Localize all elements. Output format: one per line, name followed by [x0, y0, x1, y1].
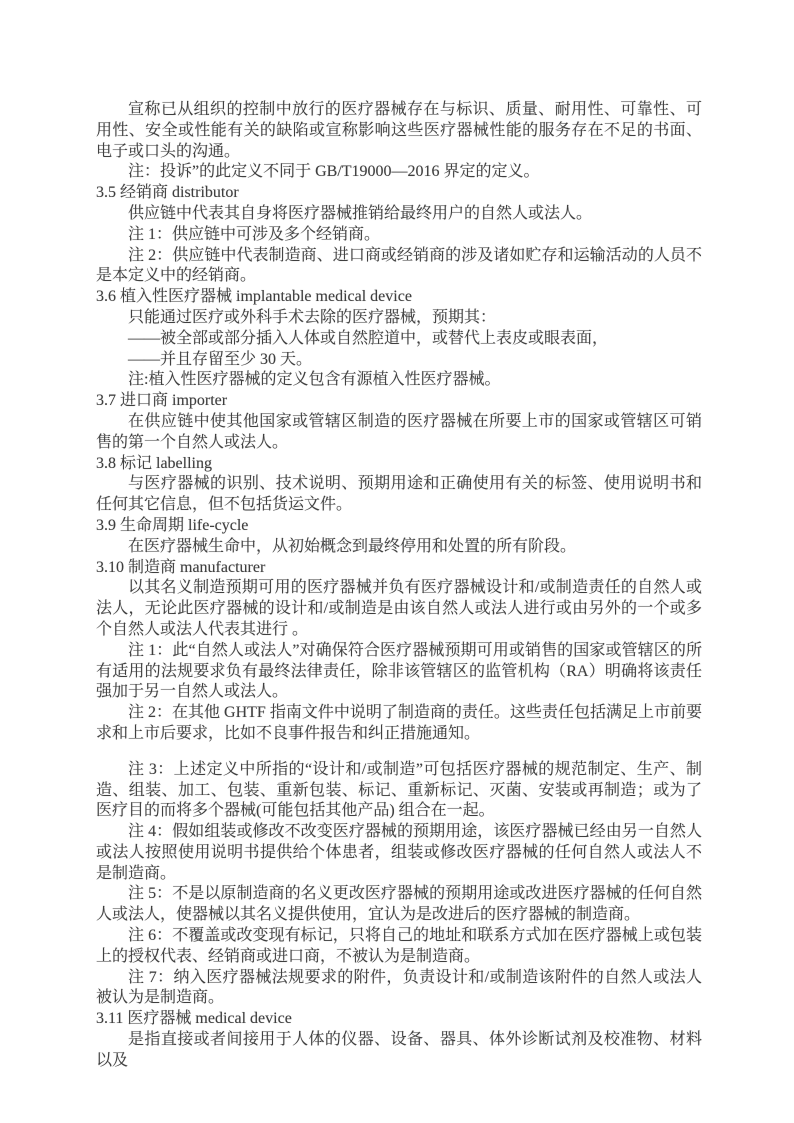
- body-paragraph: 供应链中代表其自身将医疗器械推销给最终用户的自然人或法人。: [96, 204, 702, 225]
- section-heading-3-7: 3.7 进口商 importer: [96, 391, 702, 412]
- note-paragraph: 注 6：不覆盖或改变现有标记，只将自己的地址和联系方式加在医疗器械上或包装上的授…: [96, 926, 702, 968]
- note-paragraph: 注 2：供应链中代表制造商、进口商或经销商的涉及诸如贮存和运输活动的人员不是本定…: [96, 246, 702, 288]
- body-paragraph: 宣称已从组织的控制中放行的医疗器械存在与标识、质量、耐用性、可靠性、可用性、安全…: [96, 100, 702, 162]
- dash-list-item: ——被全部或部分插入人体或自然腔道中，或替代上表皮或眼表面，: [96, 329, 702, 350]
- note-paragraph: 注 1：供应链中可涉及多个经销商。: [96, 225, 702, 246]
- note-paragraph: 注：投诉”的此定义不同于 GB/T19000—2016 界定的定义。: [96, 162, 702, 183]
- note-paragraph: 注 4：假如组装或修改不改变医疗器械的预期用途，该医疗器械已经由另一自然人或法人…: [96, 822, 702, 884]
- body-paragraph: 在医疗器械生命中，从初始概念到最终停用和处置的所有阶段。: [96, 537, 702, 558]
- body-paragraph: 以其名义制造预期可用的医疗器械并负有医疗器械设计和/或制造责任的自然人或法人，无…: [96, 578, 702, 640]
- body-paragraph: 只能通过医疗或外科手术去除的医疗器械，预期其：: [96, 308, 702, 329]
- note-paragraph: 注 2：在其他 GHTF 指南文件中说明了制造商的责任。这些责任包括满足上市前要…: [96, 703, 702, 745]
- note-paragraph: 注 3：上述定义中所指的“设计和/或制造”可包括医疗器械的规范制定、生产、制造、…: [96, 760, 702, 822]
- body-paragraph: 是指直接或者间接用于人体的仪器、设备、器具、体外诊断试剂及校准物、材料以及: [96, 1030, 702, 1072]
- note-paragraph: 注 7：纳入医疗器械法规要求的附件，负责设计和/或制造该附件的自然人或法人被认为…: [96, 968, 702, 1010]
- section-heading-3-10: 3.10 制造商 manufacturer: [96, 558, 702, 579]
- section-heading-3-11: 3.11 医疗器械 medical device: [96, 1009, 702, 1030]
- blank-line-spacer: [96, 745, 702, 760]
- dash-list-item: ——并且存留至少 30 天。: [96, 350, 702, 371]
- document-page: 宣称已从组织的控制中放行的医疗器械存在与标识、质量、耐用性、可靠性、可用性、安全…: [0, 0, 794, 1123]
- body-paragraph: 与医疗器械的识别、技术说明、预期用途和正确使用有关的标签、使用说明书和任何其它信…: [96, 474, 702, 516]
- note-paragraph: 注 1：此“自然人或法人”对确保符合医疗器械预期可用或销售的国家或管辖区的所有适…: [96, 641, 702, 703]
- section-heading-3-8: 3.8 标记 labelling: [96, 454, 702, 475]
- section-heading-3-6: 3.6 植入性医疗器械 implantable medical device: [96, 287, 702, 308]
- section-heading-3-5: 3.5 经销商 distributor: [96, 183, 702, 204]
- body-paragraph: 在供应链中使其他国家或管辖区制造的医疗器械在所要上市的国家或管辖区可销售的第一个…: [96, 412, 702, 454]
- document-text-body: 宣称已从组织的控制中放行的医疗器械存在与标识、质量、耐用性、可靠性、可用性、安全…: [96, 100, 702, 1072]
- note-paragraph: 注:植入性医疗器械的定义包含有源植入性医疗器械。: [96, 370, 702, 391]
- note-paragraph: 注 5：不是以原制造商的名义更改医疗器械的预期用途或改进医疗器械的任何自然人或法…: [96, 884, 702, 926]
- section-heading-3-9: 3.9 生命周期 life-cycle: [96, 516, 702, 537]
